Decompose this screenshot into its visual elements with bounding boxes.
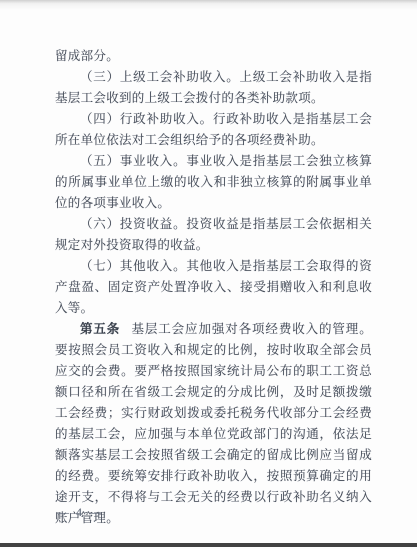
paragraph: （五）事业收入。事业收入是指基层工会独立核算的所属事业单位上缴的收入和非独立核算… <box>55 151 372 214</box>
scan-top-shadow <box>0 0 417 10</box>
paragraph: （六）投资收益。投资收益是指基层工会依据相关规定对外投资取得的收益。 <box>55 214 372 256</box>
page-number: — 4 — <box>57 505 103 520</box>
paragraph: 留成部分。 <box>55 46 372 67</box>
scanned-document-page: 留成部分。（三）上级工会补助收入。上级工会补助收入是指基层工会收到的上级工会拨付… <box>0 0 417 549</box>
article-number: 第五条 <box>80 322 120 336</box>
paragraph: 第五条基层工会应加强对各项经费收入的管理。要按照会员工资收入和规定的比例，按时收… <box>55 319 372 529</box>
paragraph: （三）上级工会补助收入。上级工会补助收入是指基层工会收到的上级工会拨付的各类补助… <box>55 67 372 109</box>
document-body: 留成部分。（三）上级工会补助收入。上级工会补助收入是指基层工会收到的上级工会拨付… <box>55 46 372 529</box>
scan-bottom-edge-line <box>0 543 417 547</box>
paragraph: （七）其他收入。其他收入是指基层工会取得的资产盘盈、固定资产处置净收入、接受捐赠… <box>55 256 372 319</box>
paragraph: （四）行政补助收入。行政补助收入是指基层工会所在单位依法对工会组织给予的各项经费… <box>55 109 372 151</box>
